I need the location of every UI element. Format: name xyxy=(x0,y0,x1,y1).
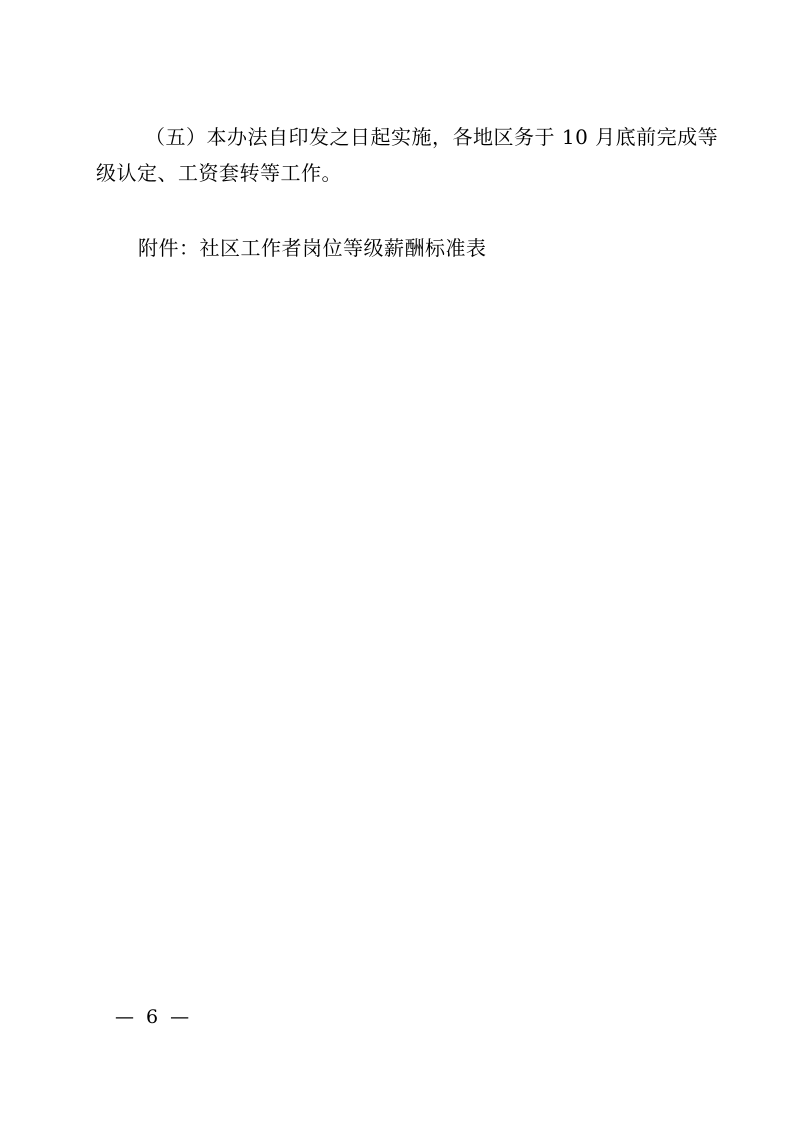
attachment-note: 附件：社区工作者岗位等级薪酬标准表 xyxy=(96,230,736,266)
body-paragraph-section: （五）本办法自印发之日起实施，各地区务于 10 月底前完成等 级认定、工资套转等… xyxy=(96,119,736,191)
page-number: — 6 — xyxy=(115,1002,192,1032)
paragraph-line-1: （五）本办法自印发之日起实施，各地区务于 10 月底前完成等 xyxy=(96,119,736,155)
paragraph-line-2: 级认定、工资套转等工作。 xyxy=(96,155,736,191)
document-page: （五）本办法自印发之日起实施，各地区务于 10 月底前完成等 级认定、工资套转等… xyxy=(0,0,793,1122)
